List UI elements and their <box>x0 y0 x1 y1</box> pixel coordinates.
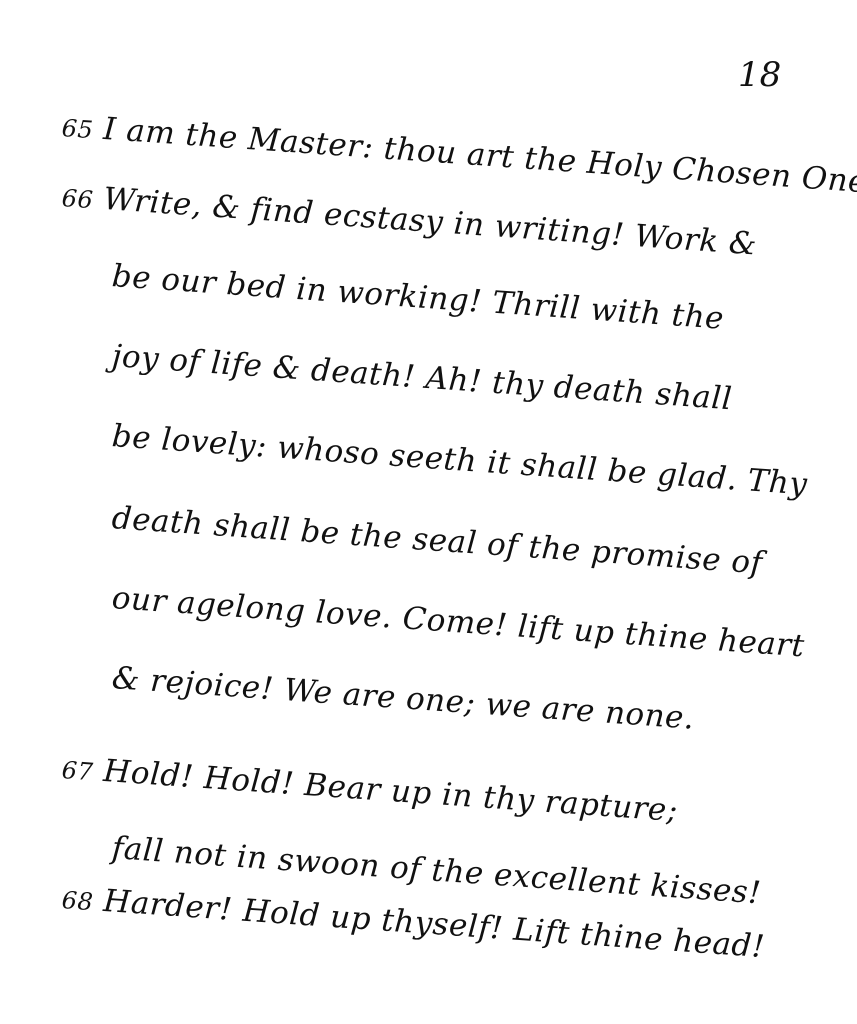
manuscript-line: 67Hold! Hold! Bear up in thy rapture; <box>61 750 679 829</box>
page-number: 18 <box>738 55 781 95</box>
line-text: Hold! Hold! Bear up in thy rapture; <box>102 753 679 829</box>
verse-number: 66 <box>61 184 94 214</box>
manuscript-line: our agelong love. Come! lift up thine he… <box>111 580 806 664</box>
line-text: be our bed in working! Thrill with the <box>111 258 725 337</box>
manuscript-line: joy of life & death! Ah! thy death shall <box>111 338 734 417</box>
line-text: our agelong love. Come! lift up thine he… <box>111 580 806 664</box>
manuscript-line: death shall be the seal of the promise o… <box>111 500 764 581</box>
line-text: joy of life & death! Ah! thy death shall <box>111 338 734 417</box>
verse-number: 67 <box>61 756 94 786</box>
verse-number: 65 <box>61 114 94 144</box>
line-text: Write, & find ecstasy in writing! Work & <box>102 181 758 263</box>
line-text: death shall be the seal of the promise o… <box>111 500 764 581</box>
line-text: be lovely: whoso seeth it shall be glad.… <box>111 418 809 503</box>
manuscript-page: 18 65I am the Master: thou art the Holy … <box>0 0 857 1024</box>
line-text: & rejoice! We are one; we are none. <box>111 660 696 737</box>
manuscript-line: be our bed in working! Thrill with the <box>111 258 725 337</box>
line-text: I am the Master: thou art the Holy Chose… <box>102 111 857 201</box>
manuscript-line: be lovely: whoso seeth it shall be glad.… <box>111 418 809 503</box>
manuscript-line: 66Write, & find ecstasy in writing! Work… <box>61 178 758 263</box>
verse-number: 68 <box>61 886 94 916</box>
manuscript-line: & rejoice! We are one; we are none. <box>111 660 696 737</box>
